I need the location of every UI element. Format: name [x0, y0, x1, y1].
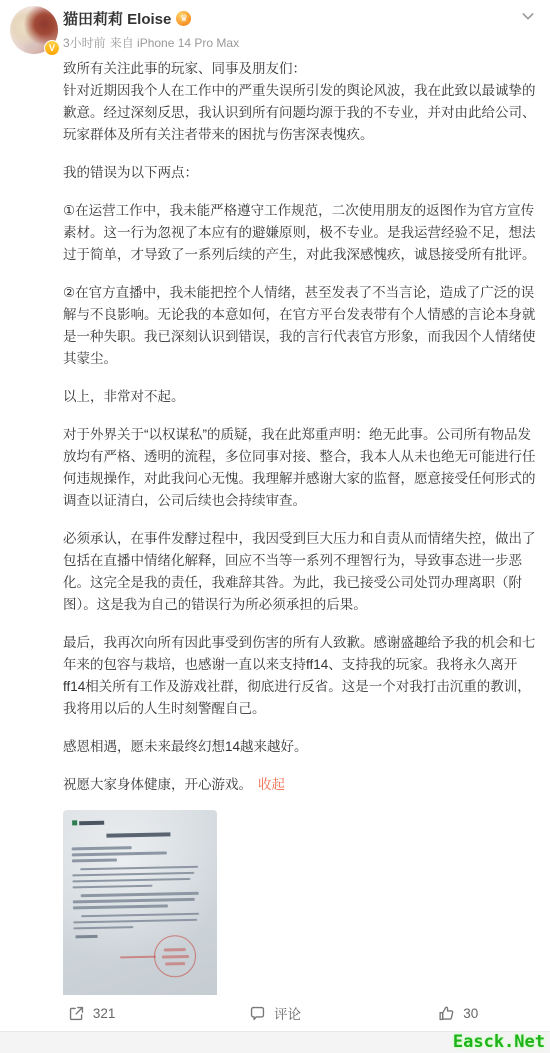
document-title-line	[106, 832, 170, 837]
vip-crown-icon: ♛	[176, 11, 191, 26]
post-meta: 3小时前来自 iPhone 14 Pro Max	[63, 34, 550, 51]
paragraph: 最后，我再次向所有因此事受到伤害的所有人致歉。感谢盛趣给予我的机会和七年来的包容…	[63, 632, 538, 720]
like-button[interactable]: 30	[367, 1005, 550, 1022]
document-company-logo	[72, 818, 205, 826]
share-count: 321	[93, 1006, 116, 1021]
action-bar: 321 评论 30	[0, 995, 550, 1031]
thumbs-up-icon	[438, 1005, 455, 1022]
like-count: 30	[463, 1006, 478, 1021]
paragraph: 以上，非常对不起。	[63, 386, 538, 408]
share-icon	[68, 1005, 85, 1022]
comment-label: 评论	[274, 1003, 301, 1023]
chevron-down-icon[interactable]	[520, 8, 536, 24]
timestamp: 3小时前	[63, 36, 106, 50]
red-stamp-icon	[154, 935, 197, 978]
weibo-post-card: V 猫田莉莉 Eloise ♛ 3小时前来自 iPhone 14 Pro Max…	[0, 0, 550, 1053]
post-source: 来自 iPhone 14 Pro Max	[110, 36, 239, 50]
post-header: V 猫田莉莉 Eloise ♛ 3小时前来自 iPhone 14 Pro Max	[0, 0, 550, 56]
watermark: Easck.Net	[453, 1032, 545, 1052]
paragraph: ①在运营工作中，我未能严格遵守工作规范，二次使用朋友的返图作为官方宣传素材。这一…	[63, 200, 538, 266]
comment-button[interactable]: 评论	[183, 1003, 366, 1023]
final-line-text: 祝愿大家身体健康，开心游戏。	[63, 777, 252, 792]
doc-paragraph	[73, 912, 207, 929]
doc-paragraph	[72, 865, 206, 888]
paragraph: 对于外界关于“以权谋私”的质疑，我在此郑重声明：绝无此事。公司所有物品发放均有严…	[63, 424, 538, 512]
share-button[interactable]: 321	[0, 1005, 183, 1022]
collapse-link[interactable]: 收起	[258, 777, 285, 792]
avatar[interactable]: V	[10, 6, 58, 54]
doc-paragraph	[73, 892, 207, 909]
document-photo	[71, 816, 209, 1004]
post-body: 致所有关注此事的玩家、同事及朋友们： 针对近期因我个人在工作中的严重失误所引发的…	[63, 58, 538, 1008]
doc-stamp-text	[120, 955, 156, 958]
attachment-image[interactable]	[63, 810, 217, 1008]
paragraph: 致所有关注此事的玩家、同事及朋友们： 针对近期因我个人在工作中的严重失误所引发的…	[63, 58, 538, 146]
doc-signoff-line	[76, 935, 98, 938]
verified-letter: V	[49, 43, 55, 53]
paragraph: 感恩相遇，愿未来最终幻想14越来越好。	[63, 736, 538, 758]
verified-v-badge-icon: V	[44, 40, 60, 56]
user-info: 猫田莉莉 Eloise ♛ 3小时前来自 iPhone 14 Pro Max	[63, 0, 550, 51]
doc-paragraph	[72, 845, 206, 862]
paragraph: 必须承认，在事件发酵过程中，我因受到巨大压力和自责从而情绪失控，做出了包括在直播…	[63, 528, 538, 616]
paragraph: 我的错误为以下两点：	[63, 162, 538, 184]
paragraph: ②在官方直播中，我未能把控个人情绪，甚至发表了不当言论，造成了广泛的误解与不良影…	[63, 282, 538, 370]
username[interactable]: 猫田莉莉 Eloise	[63, 8, 171, 29]
paragraph-final: 祝愿大家身体健康，开心游戏。收起	[63, 774, 538, 796]
comment-icon	[249, 1005, 266, 1022]
